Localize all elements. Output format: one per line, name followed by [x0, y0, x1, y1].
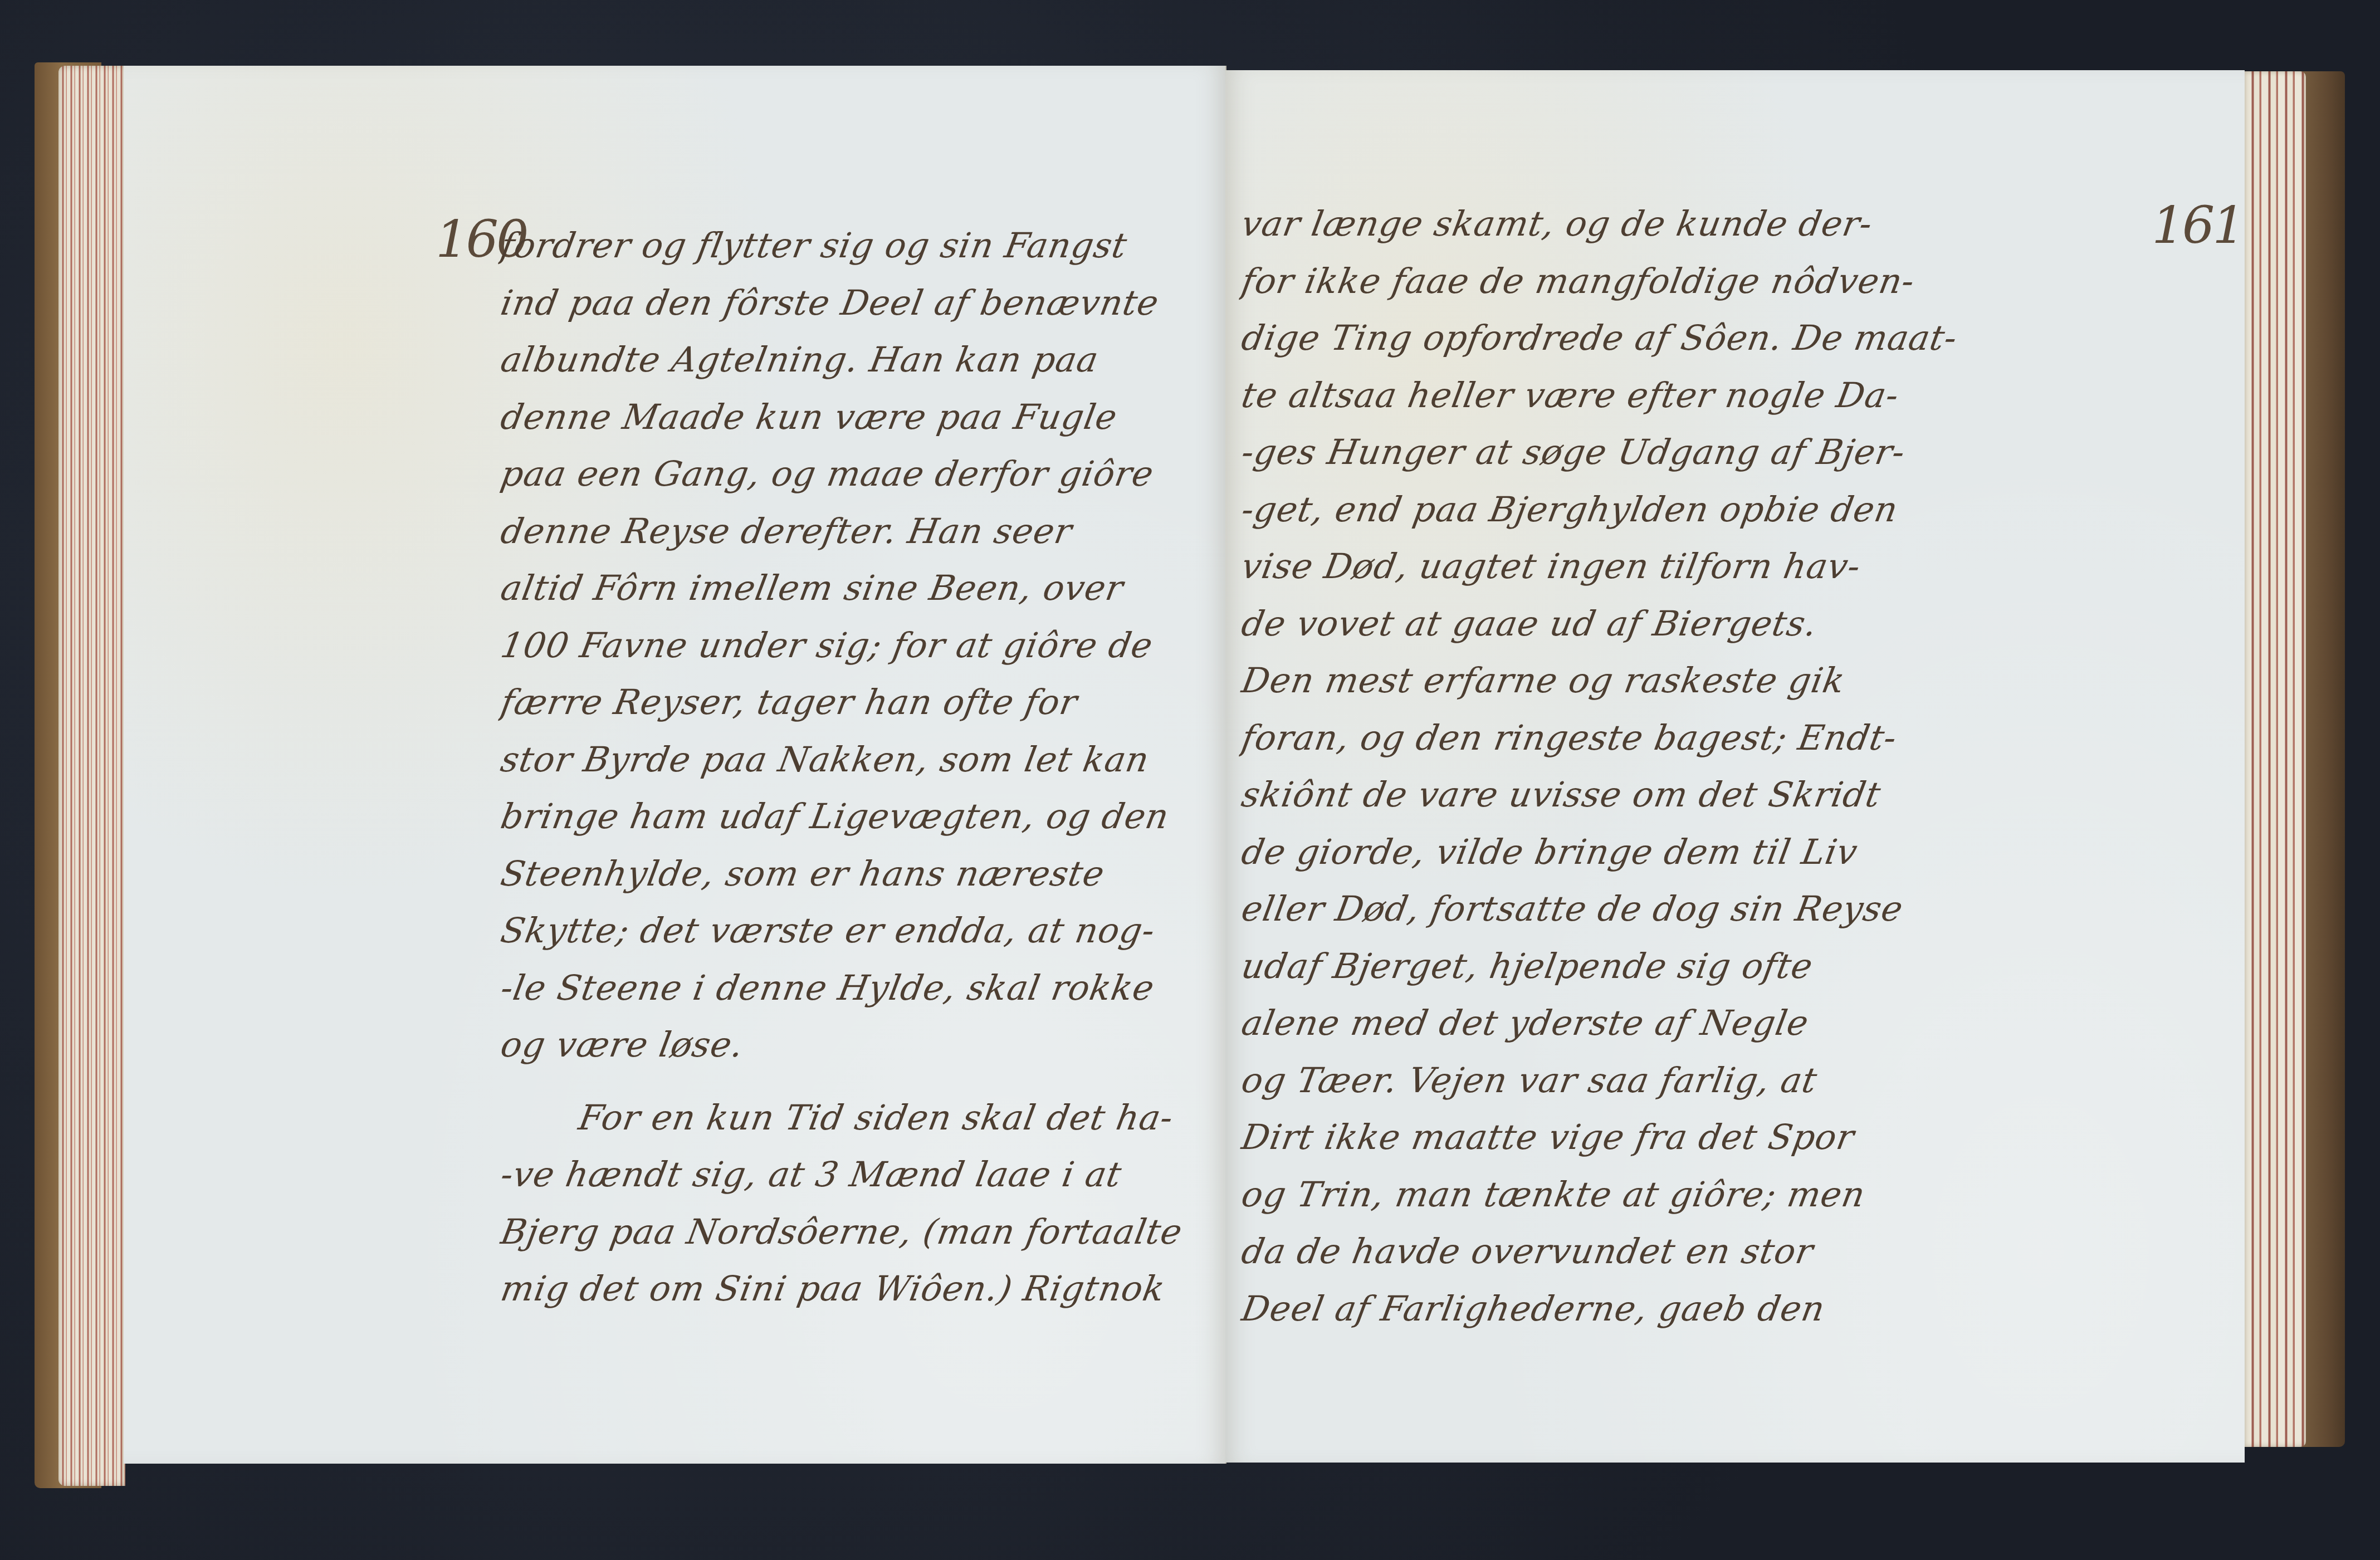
- text-line: Steenhylde, som er hans næreste: [496, 845, 1342, 903]
- text-line: albundte Agtelning. Han kan paa: [496, 331, 1342, 389]
- text-line: færre Reyser, tager han ofte for: [496, 674, 1342, 731]
- text-line: stor Byrde paa Nakken, som let kan: [496, 731, 1342, 789]
- text-line: da de havde overvundet en stor: [1237, 1223, 2005, 1280]
- right-page-text: var længe skamt, og de kunde der- for ik…: [1242, 195, 2000, 1337]
- text-line: mig det om Sini paa Wiôen.) Rigtnok: [496, 1260, 1342, 1318]
- text-line: Deel af Farlighederne, gaeb den: [1237, 1280, 2005, 1338]
- text-line: de giorde, vilde bringe dem til Liv: [1237, 824, 2005, 881]
- text-line: dige Ting opfordrede af Sôen. De maat-: [1237, 310, 2005, 367]
- text-line: eller Død, fortsatte de dog sin Reyse: [1237, 881, 2005, 938]
- text-line: Den mest erfarne og raskeste gik: [1237, 652, 2005, 710]
- left-page: 160 fordrer og flytter sig og sin Fangst…: [124, 66, 1226, 1464]
- text-line: Skytte; det værste er endda, at nog-: [496, 902, 1342, 960]
- text-line: -ges Hunger at søge Udgang af Bjer-: [1237, 424, 2005, 481]
- left-page-edges: [58, 66, 125, 1486]
- text-line: fordrer og flytter sig og sin Fangst: [496, 217, 1342, 275]
- text-line: paa een Gang, og maae derfor giôre: [496, 446, 1342, 503]
- text-line: Bjerg paa Nordsôerne, (man fortaalte: [496, 1204, 1342, 1261]
- text-line: alene med det yderste af Negle: [1237, 995, 2005, 1052]
- text-line: denne Reyse derefter. Han seer: [496, 503, 1342, 560]
- text-line: Dirt ikke maatte vige fra det Spor: [1237, 1109, 2005, 1166]
- text-line: -ve hændt sig, at 3 Mænd laae i at: [496, 1146, 1342, 1204]
- page-number-right: 161: [2152, 195, 2243, 255]
- text-line: skiônt de vare uvisse om det Skridt: [1237, 766, 2005, 824]
- open-manuscript-book: 160 fordrer og flytter sig og sin Fangst…: [0, 0, 2380, 1560]
- text-line: denne Maade kun være paa Fugle: [496, 389, 1342, 446]
- left-page-text: fordrer og flytter sig og sin Fangst ind…: [501, 217, 1337, 1318]
- right-page-edges: [2245, 71, 2306, 1447]
- text-line: foran, og den ringeste bagest; Endt-: [1237, 710, 2005, 767]
- text-line: for ikke faae de mangfoldige nôdven-: [1237, 253, 2005, 310]
- text-line: -get, end paa Bjerghylden opbie den: [1237, 481, 2005, 539]
- text-line: vise Død, uagtet ingen tilforn hav-: [1237, 538, 2005, 595]
- paragraph-start-line: For en kun Tid siden skal det ha-: [496, 1089, 1342, 1147]
- text-line: 100 Favne under sig; for at giôre de: [496, 617, 1342, 674]
- text-line: og være løse.: [496, 1016, 1342, 1074]
- text-line: udaf Bjerget, hjelpende sig ofte: [1237, 938, 2005, 995]
- text-line: de vovet at gaae ud af Biergets.: [1237, 595, 2005, 653]
- text-line: te altsaa heller være efter nogle Da-: [1237, 367, 2005, 424]
- text-line: var længe skamt, og de kunde der-: [1237, 195, 2005, 253]
- text-line: ind paa den fôrste Deel af benævnte: [496, 275, 1342, 332]
- right-page: 161 var længe skamt, og de kunde der- fo…: [1225, 70, 2245, 1463]
- text-line: altid Fôrn imellem sine Been, over: [496, 560, 1342, 617]
- text-line: og Tæer. Vejen var saa farlig, at: [1237, 1052, 2005, 1109]
- text-line: -le Steene i denne Hylde, skal rokke: [496, 960, 1342, 1017]
- text-line: bringe ham udaf Ligevægten, og den: [496, 788, 1342, 845]
- text-line: og Trin, man tænkte at giôre; men: [1237, 1166, 2005, 1224]
